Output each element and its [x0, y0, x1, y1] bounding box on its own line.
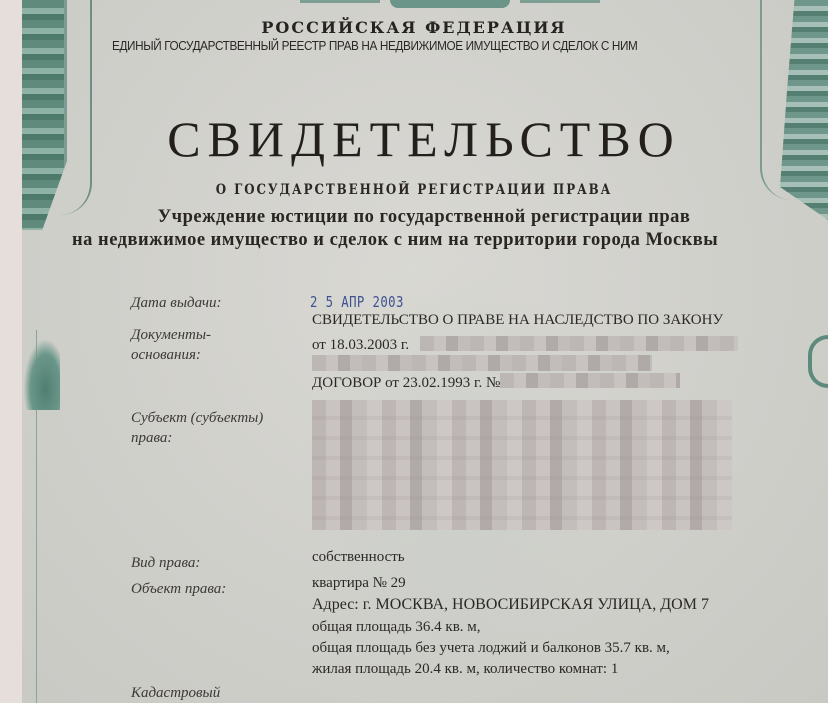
agency-line-2: на недвижимое имущество и сделок с ним н…	[72, 230, 828, 251]
document-title: СВИДЕТЕЛЬСТВО	[0, 110, 828, 168]
top-ornament-right	[520, 0, 600, 3]
cadastral-label: Кадастровый	[131, 683, 220, 703]
right-type-value: собственность	[312, 547, 405, 567]
agency-line-1: Учреждение юстиции по государственной ре…	[0, 207, 828, 228]
issue-date-label: Дата выдачи:	[131, 293, 222, 313]
object-apartment: квартира № 29	[312, 573, 406, 593]
subjects-label-2: права:	[131, 428, 172, 448]
redacted-region	[420, 336, 738, 351]
right-type-label: Вид права:	[131, 553, 200, 573]
redacted-region	[500, 373, 680, 388]
basis-document-1: СВИДЕТЕЛЬСТВО О ПРАВЕ НА НАСЛЕДСТВО ПО З…	[312, 310, 723, 330]
registry-heading: ЕДИНЫЙ ГОСУДАРСТВЕННЫЙ РЕЕСТР ПРАВ НА НЕ…	[112, 39, 751, 53]
background-edge	[0, 0, 22, 703]
object-total-area: общая площадь 36.4 кв. м,	[312, 617, 481, 637]
basis-documents-label-2: основания:	[131, 345, 201, 365]
subjects-label-1: Субъект (субъекты)	[131, 408, 263, 428]
country-heading: РОССИЙСКАЯ ФЕДЕРАЦИЯ	[0, 18, 828, 37]
top-ornament-left	[300, 0, 380, 3]
object-area-no-balconies: общая площадь без учета лоджий и балконо…	[312, 638, 670, 658]
basis-documents-label-1: Документы-	[131, 325, 211, 345]
top-emblem-ornament	[390, 0, 510, 8]
basis-document-1-date: от 18.03.2003 г.	[312, 335, 409, 355]
basis-document-2: ДОГОВОР от 23.02.1993 г. №	[312, 373, 500, 393]
redacted-region	[312, 355, 652, 371]
leaf-ornament-icon	[24, 340, 60, 410]
object-label: Объект права:	[131, 579, 226, 599]
issue-date-stamp: 2 5 АПР 2003	[310, 293, 404, 311]
object-address: Адрес: г. МОСКВА, НОВОСИБИРСКАЯ УЛИЦА, Д…	[312, 595, 709, 615]
object-living-area: жилая площадь 20.4 кв. м, количество ком…	[312, 659, 618, 679]
redacted-subjects	[312, 400, 732, 530]
document-subtitle: О ГОСУДАРСТВЕННОЙ РЕГИСТРАЦИИ ПРАВА	[50, 182, 779, 198]
